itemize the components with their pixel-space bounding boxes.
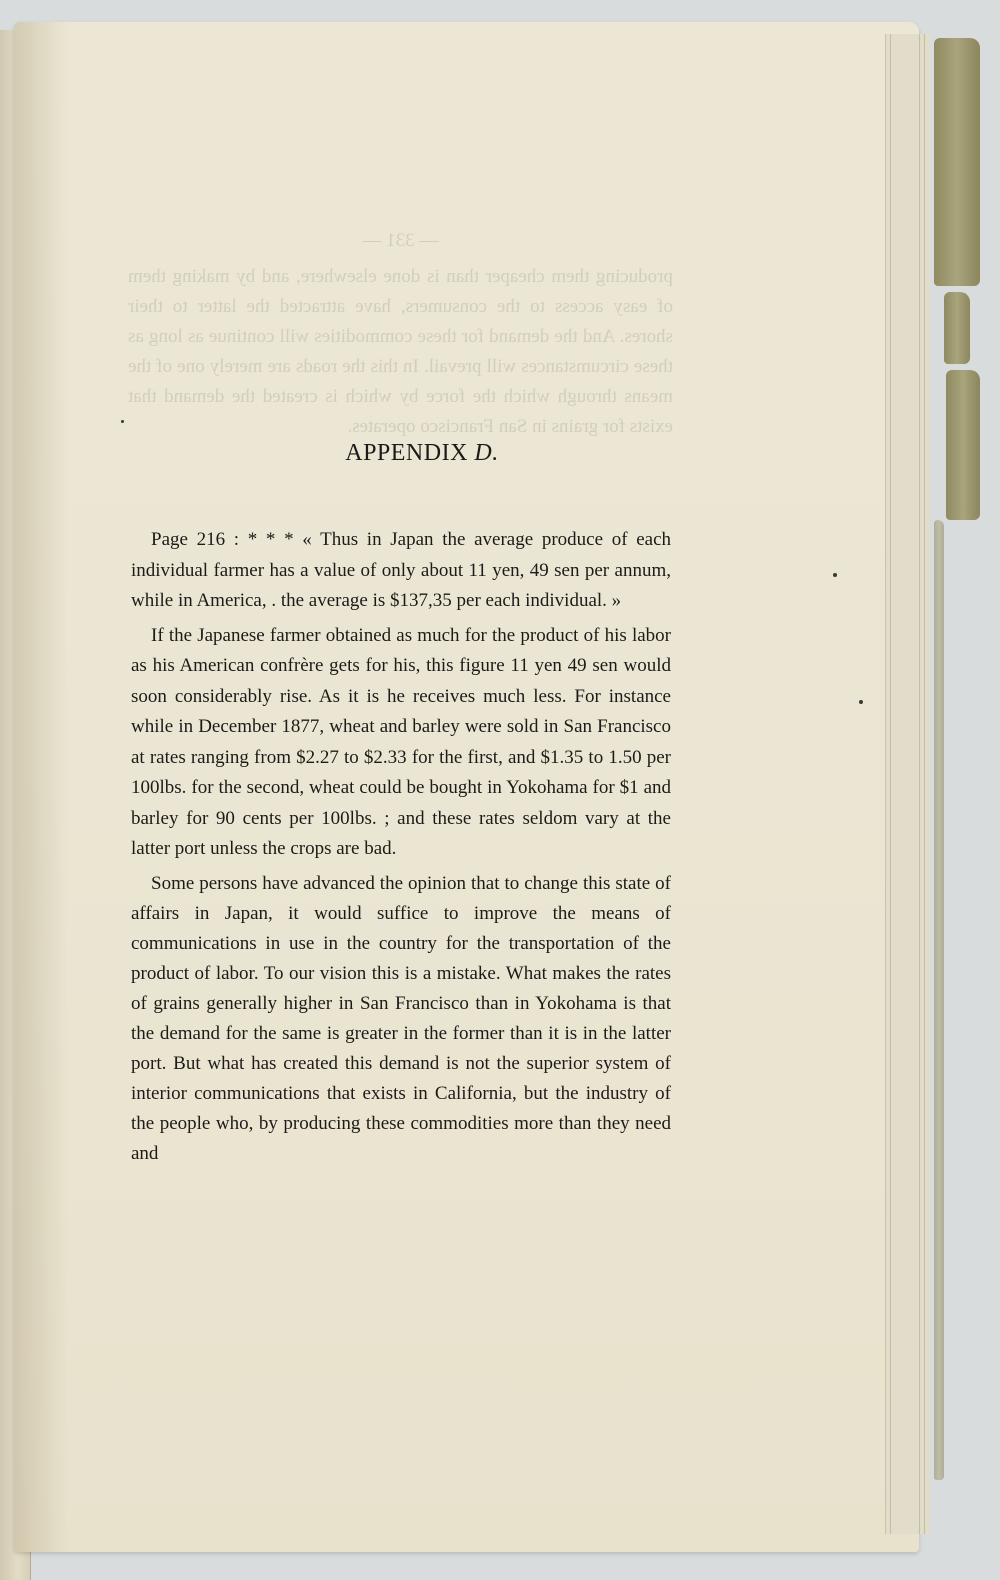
tattered-tab <box>946 370 980 520</box>
bleed-through-text: — 331 — producing them cheaper than is d… <box>128 226 673 442</box>
opinion-paragraph: Some persons have advanced the opinion t… <box>131 869 671 1169</box>
heading-prefix: APPENDIX <box>345 440 468 466</box>
paper-speck <box>833 573 837 577</box>
binding-edge <box>934 520 944 1480</box>
page-reference: Page 216 : * * * « <box>151 529 320 550</box>
page-edge-stack <box>885 34 930 1534</box>
quote-paragraph: Page 216 : * * * « Thus in Japan the ave… <box>131 525 671 617</box>
page-edge-line <box>890 34 891 1534</box>
paper-speck <box>121 420 124 423</box>
heading-letter: D. <box>474 440 498 466</box>
bleed-paragraph: producing them cheaper than is done else… <box>128 262 673 442</box>
bleed-page-number: — 331 — <box>128 226 673 256</box>
page-content: APPENDIX D. Page 216 : * * * « Thus in J… <box>131 440 671 1173</box>
page-edge-line <box>924 34 925 1534</box>
comparison-paragraph: If the Japanese farmer obtained as much … <box>131 621 671 865</box>
appendix-heading: APPENDIX D. <box>131 440 671 467</box>
paper-speck <box>859 700 863 704</box>
page-edge-line <box>919 34 920 1534</box>
gutter-shadow <box>14 22 69 1552</box>
tattered-tab <box>934 38 980 286</box>
tattered-tab <box>944 292 970 364</box>
